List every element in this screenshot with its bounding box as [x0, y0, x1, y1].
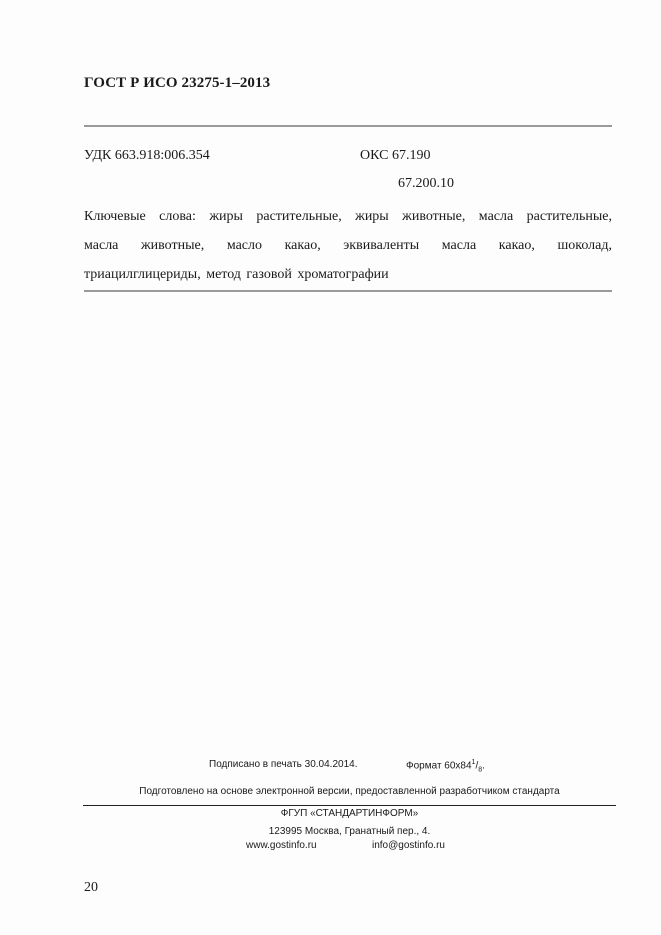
document-title: ГОСТ Р ИСО 23275-1–2013 [84, 75, 270, 92]
keywords-block: Ключевые слова: жиры растительные, жиры … [84, 202, 612, 289]
oks-code-2: 67.200.10 [398, 176, 454, 192]
publisher-website[interactable]: www.gostinfo.ru [246, 840, 317, 851]
oks-code-1: ОКС 67.190 [360, 148, 430, 164]
divider-imprint [83, 805, 616, 806]
prepared-note: Подготовлено на основе электронной верси… [83, 786, 616, 797]
publisher-email[interactable]: info@gostinfo.ru [372, 840, 445, 851]
divider-top [84, 125, 612, 127]
publisher-address: 123995 Москва, Гранатный пер., 4. [83, 826, 616, 837]
udk-code: УДК 663.918:006.354 [84, 148, 210, 164]
print-format: Формат 60x841/8. [406, 759, 485, 773]
keywords-line: масла животные, масло какао, эквиваленты… [84, 231, 612, 260]
keywords-line: триацилглицериды, метод газовой хроматог… [84, 260, 612, 289]
signed-for-print: Подписано в печать 30.04.2014. [209, 759, 357, 770]
page-number: 20 [84, 880, 98, 896]
keywords-line: Ключевые слова: жиры растительные, жиры … [84, 202, 612, 231]
format-prefix: Формат 60x84 [406, 760, 472, 771]
publisher-name: ФГУП «СТАНДАРТИНФОРМ» [83, 808, 616, 819]
format-numerator: 1 [472, 759, 476, 766]
divider-keywords [84, 290, 612, 292]
format-suffix: . [482, 760, 485, 771]
